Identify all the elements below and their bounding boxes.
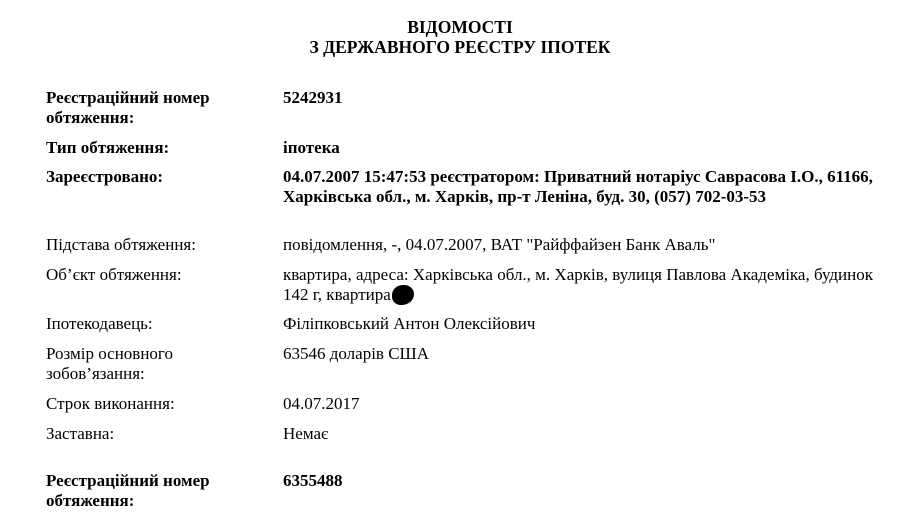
obligation-value: 63546 доларів США [283,344,883,364]
registered-label: Зареєстровано: [46,167,266,187]
registered-value: 04.07.2007 15:47:53 реєстратором: Приват… [283,167,883,206]
type-value: іпотека [283,138,883,158]
pledge-value: Немає [283,424,883,444]
obligation-label: Розмір основного зобов’язання: [46,344,266,383]
mortgagor-label: Іпотекодавець: [46,314,266,334]
term-label: Строк виконання: [46,394,266,414]
type-label: Тип обтяження: [46,138,266,158]
redaction-mark [392,285,414,305]
title-line-1: ВІДОМОСТІ [0,17,910,37]
reg-number-2-value: 6355488 [283,471,883,491]
reg-number-2-label: Реєстраційний номер обтяження: [46,471,266,510]
basis-value: повідомлення, -, 04.07.2007, ВАТ "Райффа… [283,235,883,255]
document-title: ВІДОМОСТІ З ДЕРЖАВНОГО РЕЄСТРУ ІПОТЕК [0,17,910,57]
title-line-2: З ДЕРЖАВНОГО РЕЄСТРУ ІПОТЕК [0,37,910,57]
basis-label: Підстава обтяження: [46,235,266,255]
object-label: Об’єкт обтяження: [46,265,266,285]
term-value: 04.07.2017 [283,394,883,414]
object-value-wrap: квартира, адреса: Харківська обл., м. Ха… [283,265,883,305]
object-value: квартира, адреса: Харківська обл., м. Ха… [283,265,873,304]
pledge-label: Заставна: [46,424,266,444]
reg-number-label: Реєстраційний номер обтяження: [46,88,266,127]
reg-number-value: 5242931 [283,88,883,108]
mortgagor-value: Філіпковський Антон Олексійович [283,314,883,334]
